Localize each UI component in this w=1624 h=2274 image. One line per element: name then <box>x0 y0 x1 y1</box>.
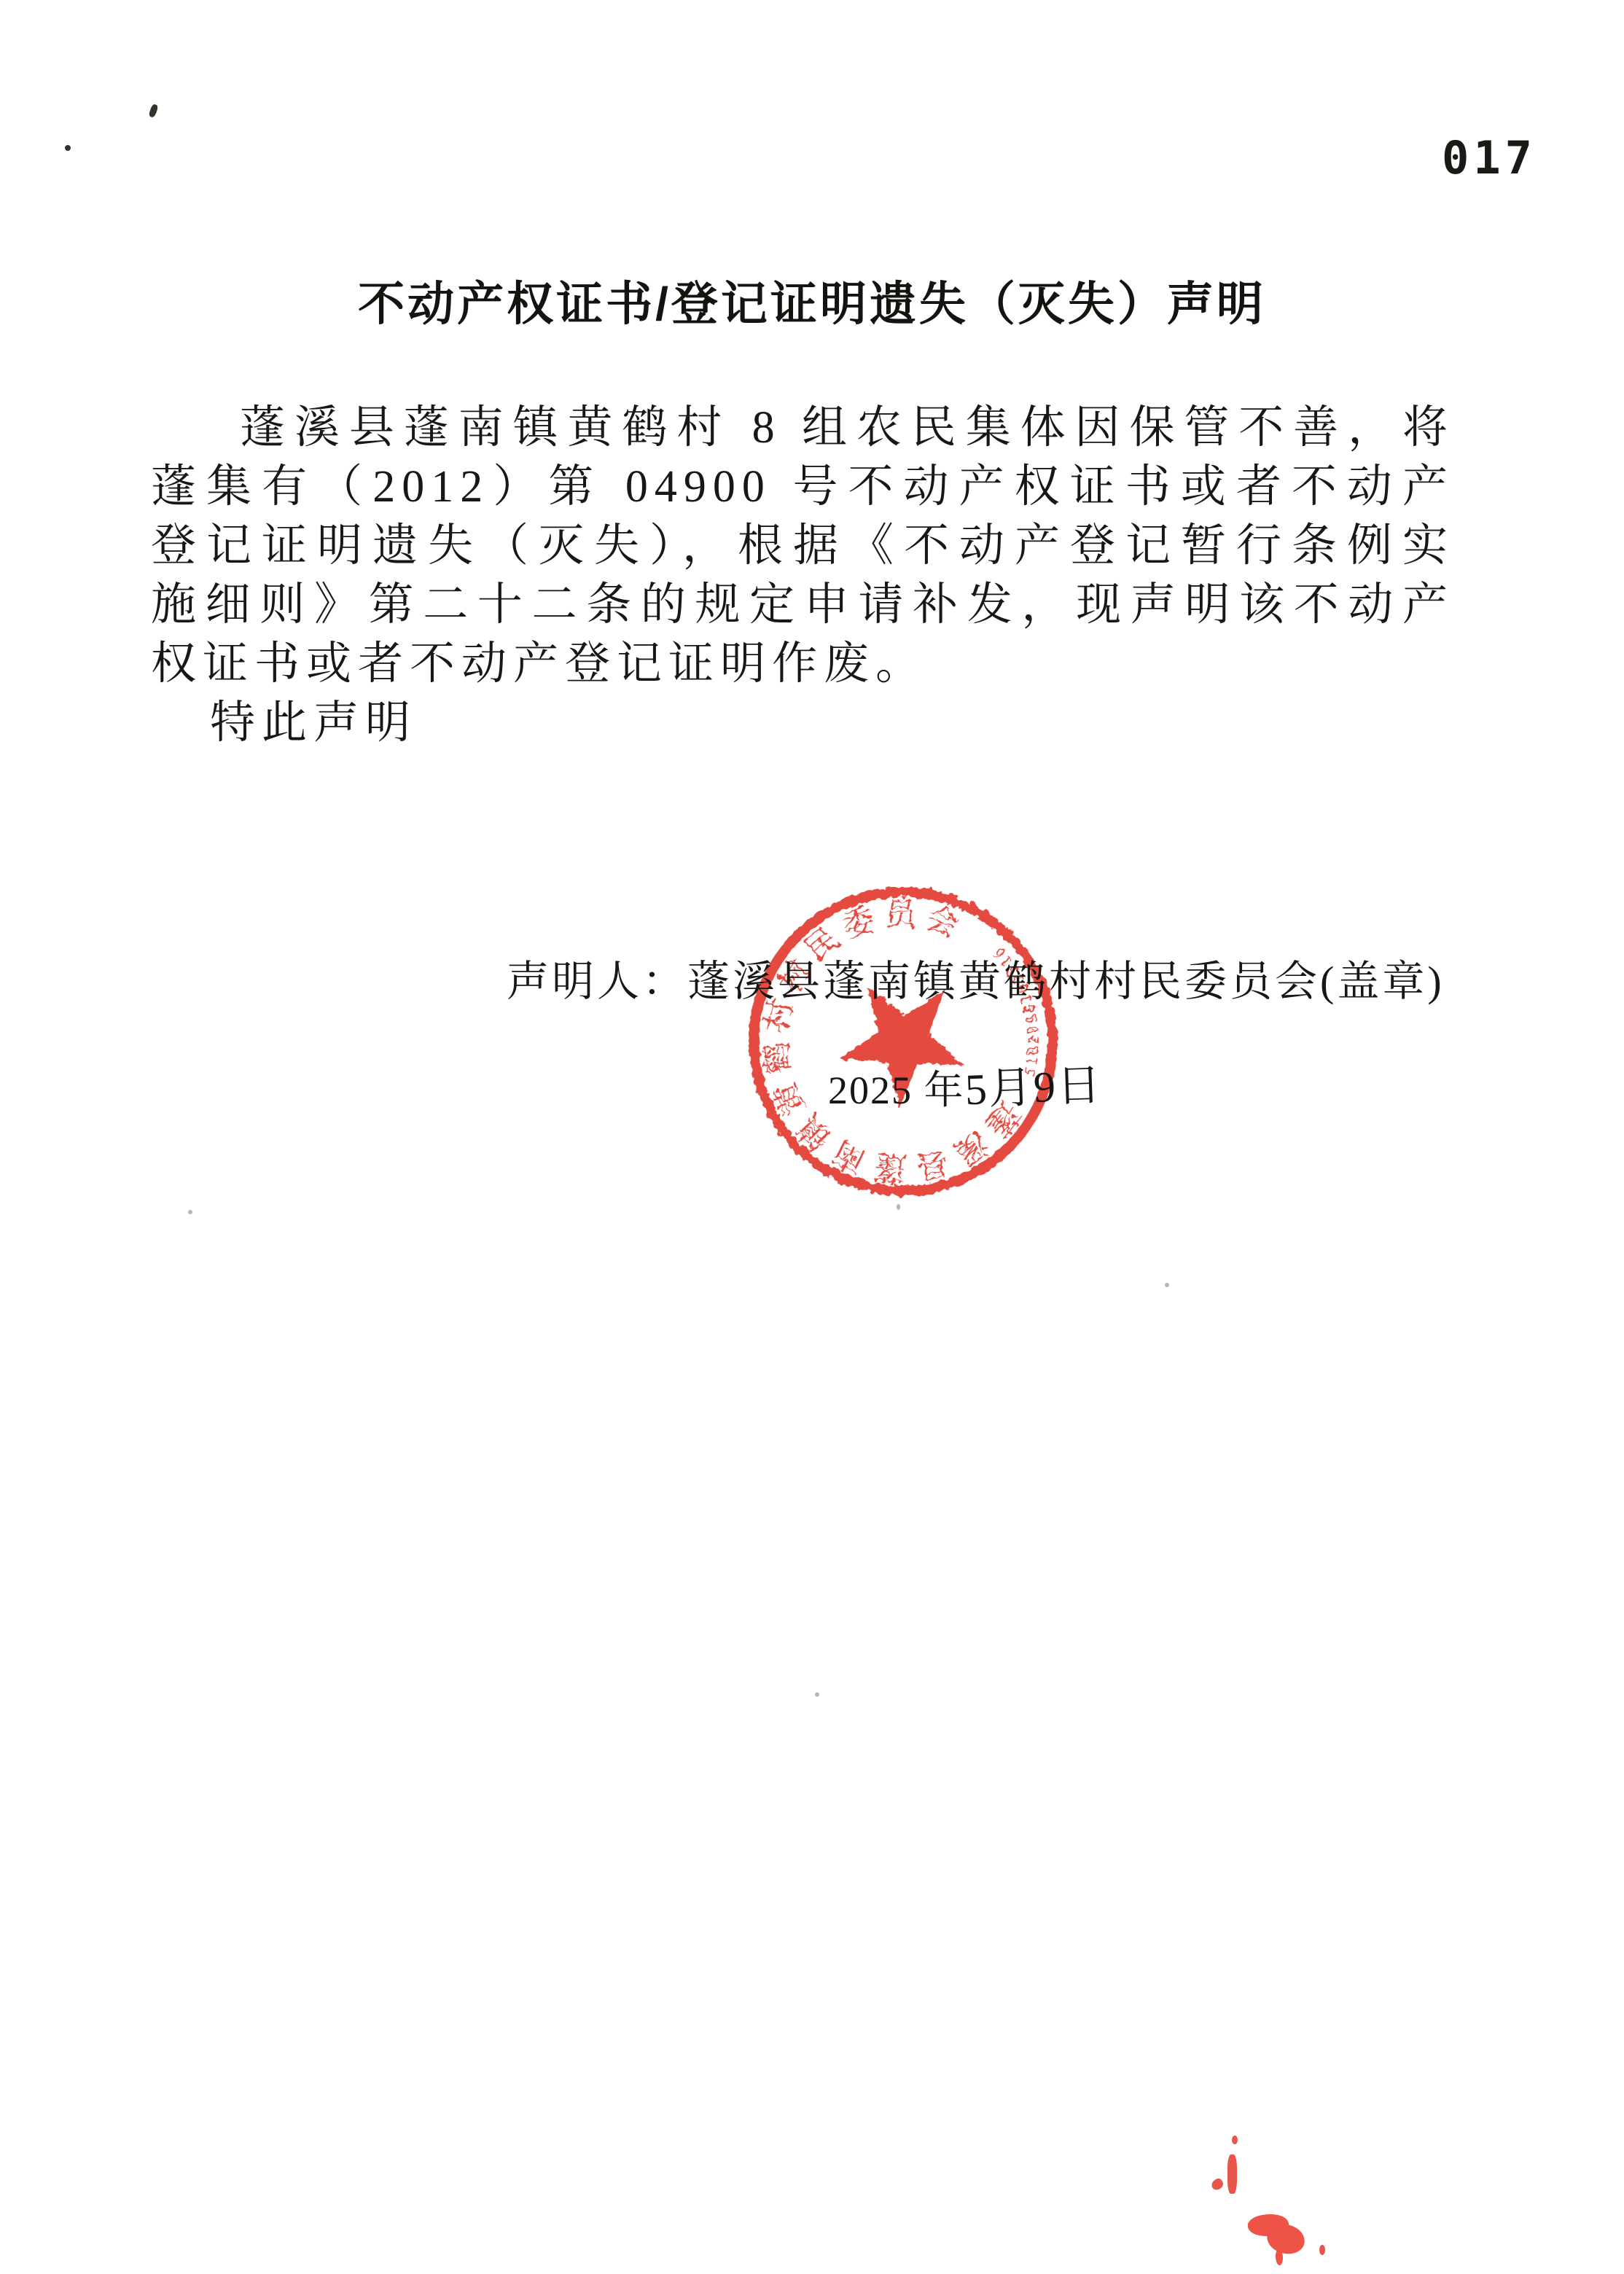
declarant-line: 声明人：蓬溪县蓬南镇黄鹤村村民委员会(盖章) <box>507 956 1445 1007</box>
scanned-document-page: 017 不动产权证书/登记证明遗失（灭失）声明 蓬溪县蓬南镇黄鹤村 8 组农民集… <box>0 0 1624 2274</box>
red-ink-smudge <box>1210 2177 1225 2192</box>
date-line: 2025 年5月9日 <box>828 1063 1102 1115</box>
document-title: 不动产权证书/登记证明遗失（灭失）声明 <box>0 267 1624 334</box>
body-line: 蓬集有（2012）第 04900 号不动产权证书或者不动产 <box>151 458 1454 517</box>
scan-speck <box>897 1204 900 1210</box>
date-printed: 2025 年 <box>828 1068 965 1112</box>
seal-ring <box>742 880 1064 1203</box>
red-ink-smudge <box>1265 2222 1306 2255</box>
seal-circular-text: 蓬溪县蓬南镇黄鹤村村民委员会 <box>742 880 1037 1203</box>
declaration-paragraph: 蓬溪县蓬南镇黄鹤村 8 组农民集体因保管不善，将 蓬集有（2012）第 0490… <box>151 399 1454 753</box>
closing-line: 特此声明 <box>151 694 1454 753</box>
scan-speck <box>815 1692 819 1697</box>
official-seal-graphic: 蓬溪县蓬南镇黄鹤村村民委员会 5102096102516 <box>742 880 1064 1203</box>
red-ink-smudge <box>1232 2136 1238 2144</box>
scan-speck <box>1165 1283 1169 1287</box>
date-handwritten: 5月9日 <box>964 1059 1102 1117</box>
scan-speck <box>148 103 159 118</box>
body-line: 权证书或者不动产登记证明作废。 <box>151 635 1454 694</box>
body-line: 蓬溪县蓬南镇黄鹤村 8 组农民集体因保管不善，将 <box>151 399 1454 458</box>
page-number: 017 <box>1442 131 1537 184</box>
red-ink-smudge <box>1227 2154 1237 2194</box>
scan-speck <box>65 145 71 151</box>
body-line: 登记证明遗失（灭失），根据《不动产登记暂行条例实 <box>151 517 1454 576</box>
red-ink-smudge <box>1276 2249 1283 2265</box>
red-ink-smudge <box>1319 2245 1325 2255</box>
scan-speck <box>188 1210 192 1214</box>
body-line: 施细则》第二十二条的规定申请补发，现声明该不动产 <box>151 576 1454 635</box>
official-seal: 蓬溪县蓬南镇黄鹤村村民委员会 5102096102516 <box>742 880 1064 1203</box>
